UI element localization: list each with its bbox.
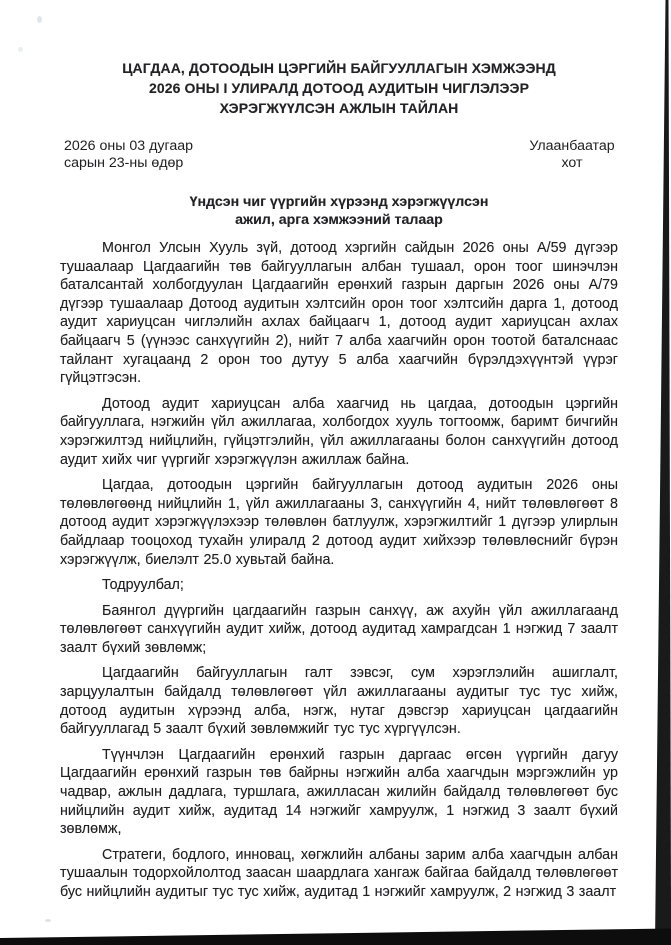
document-date-line-2: сарын 23-ны өдөр [64, 155, 193, 172]
document-content: ЦАГДАА, ДОТООДЫН ЦЭРГИЙН БАЙГУУЛЛАГЫН ХЭ… [60, 58, 618, 909]
paragraph: Баянгол дүүргийн цагдаагийн газрын санхү… [60, 602, 618, 658]
document-title-line-3: ХЭРЭГЖҮҮЛСЭН АЖЛЫН ТАЙЛАН [60, 98, 618, 118]
scan-edge-right [655, 0, 671, 945]
document-date: 2026 оны 03 дугаар сарын 23-ны өдөр [60, 138, 193, 172]
date-place-row: 2026 оны 03 дугаар сарын 23-ны өдөр Улаа… [60, 138, 618, 172]
document-title-line-1: ЦАГДАА, ДОТООДЫН ЦЭРГИЙН БАЙГУУЛЛАГЫН ХЭ… [60, 58, 618, 78]
paragraph: Түүнчлэн Цагдаагийн ерөнхий газрын дарга… [60, 746, 618, 839]
document-city-line-1: Улаанбаатар [526, 138, 618, 155]
scan-speck [45, 919, 51, 922]
document-city-line-2: хот [526, 155, 618, 172]
paragraph: Монгол Улсын Хууль зүй, дотоод хэргийн с… [60, 239, 618, 388]
paragraph: Стратеги, бодлого, инновац, хөгжлийн алб… [60, 846, 618, 902]
section-heading: Үндсэн чиг үүргийн хүрээнд хэрэгжүүлсэн … [60, 194, 618, 229]
document-title: ЦАГДАА, ДОТООДЫН ЦЭРГИЙН БАЙГУУЛЛАГЫН ХЭ… [60, 58, 618, 118]
document-date-line-1: 2026 оны 03 дугаар [64, 138, 193, 155]
scanned-document-page: ЦАГДАА, ДОТООДЫН ЦЭРГИЙН БАЙГУУЛЛАГЫН ХЭ… [0, 0, 671, 945]
paragraph: Цагдаагийн байгууллагын галт зэвсэг, сум… [60, 664, 618, 738]
section-heading-line-2: ажил, арга хэмжээний талаар [60, 212, 618, 230]
document-title-line-2: 2026 ОНЫ I УЛИРАЛД ДОТООД АУДИТЫН ЧИГЛЭЛ… [60, 78, 618, 98]
scan-speck [37, 16, 42, 23]
scan-speck [18, 47, 23, 52]
paragraph: Дотоод аудит хариуцсан алба хаагчид нь ц… [60, 395, 618, 469]
paragraph: Цагдаа, дотоодын цэргийн байгууллагын до… [60, 476, 618, 569]
document-city: Улаанбаатар хот [526, 138, 618, 172]
paragraph-clarification-label: Тодруулбал; [60, 576, 618, 595]
scan-edge-bottom [0, 929, 671, 945]
document-body: Монгол Улсын Хууль зүй, дотоод хэргийн с… [60, 239, 618, 902]
section-heading-line-1: Үндсэн чиг үүргийн хүрээнд хэрэгжүүлсэн [60, 194, 618, 212]
